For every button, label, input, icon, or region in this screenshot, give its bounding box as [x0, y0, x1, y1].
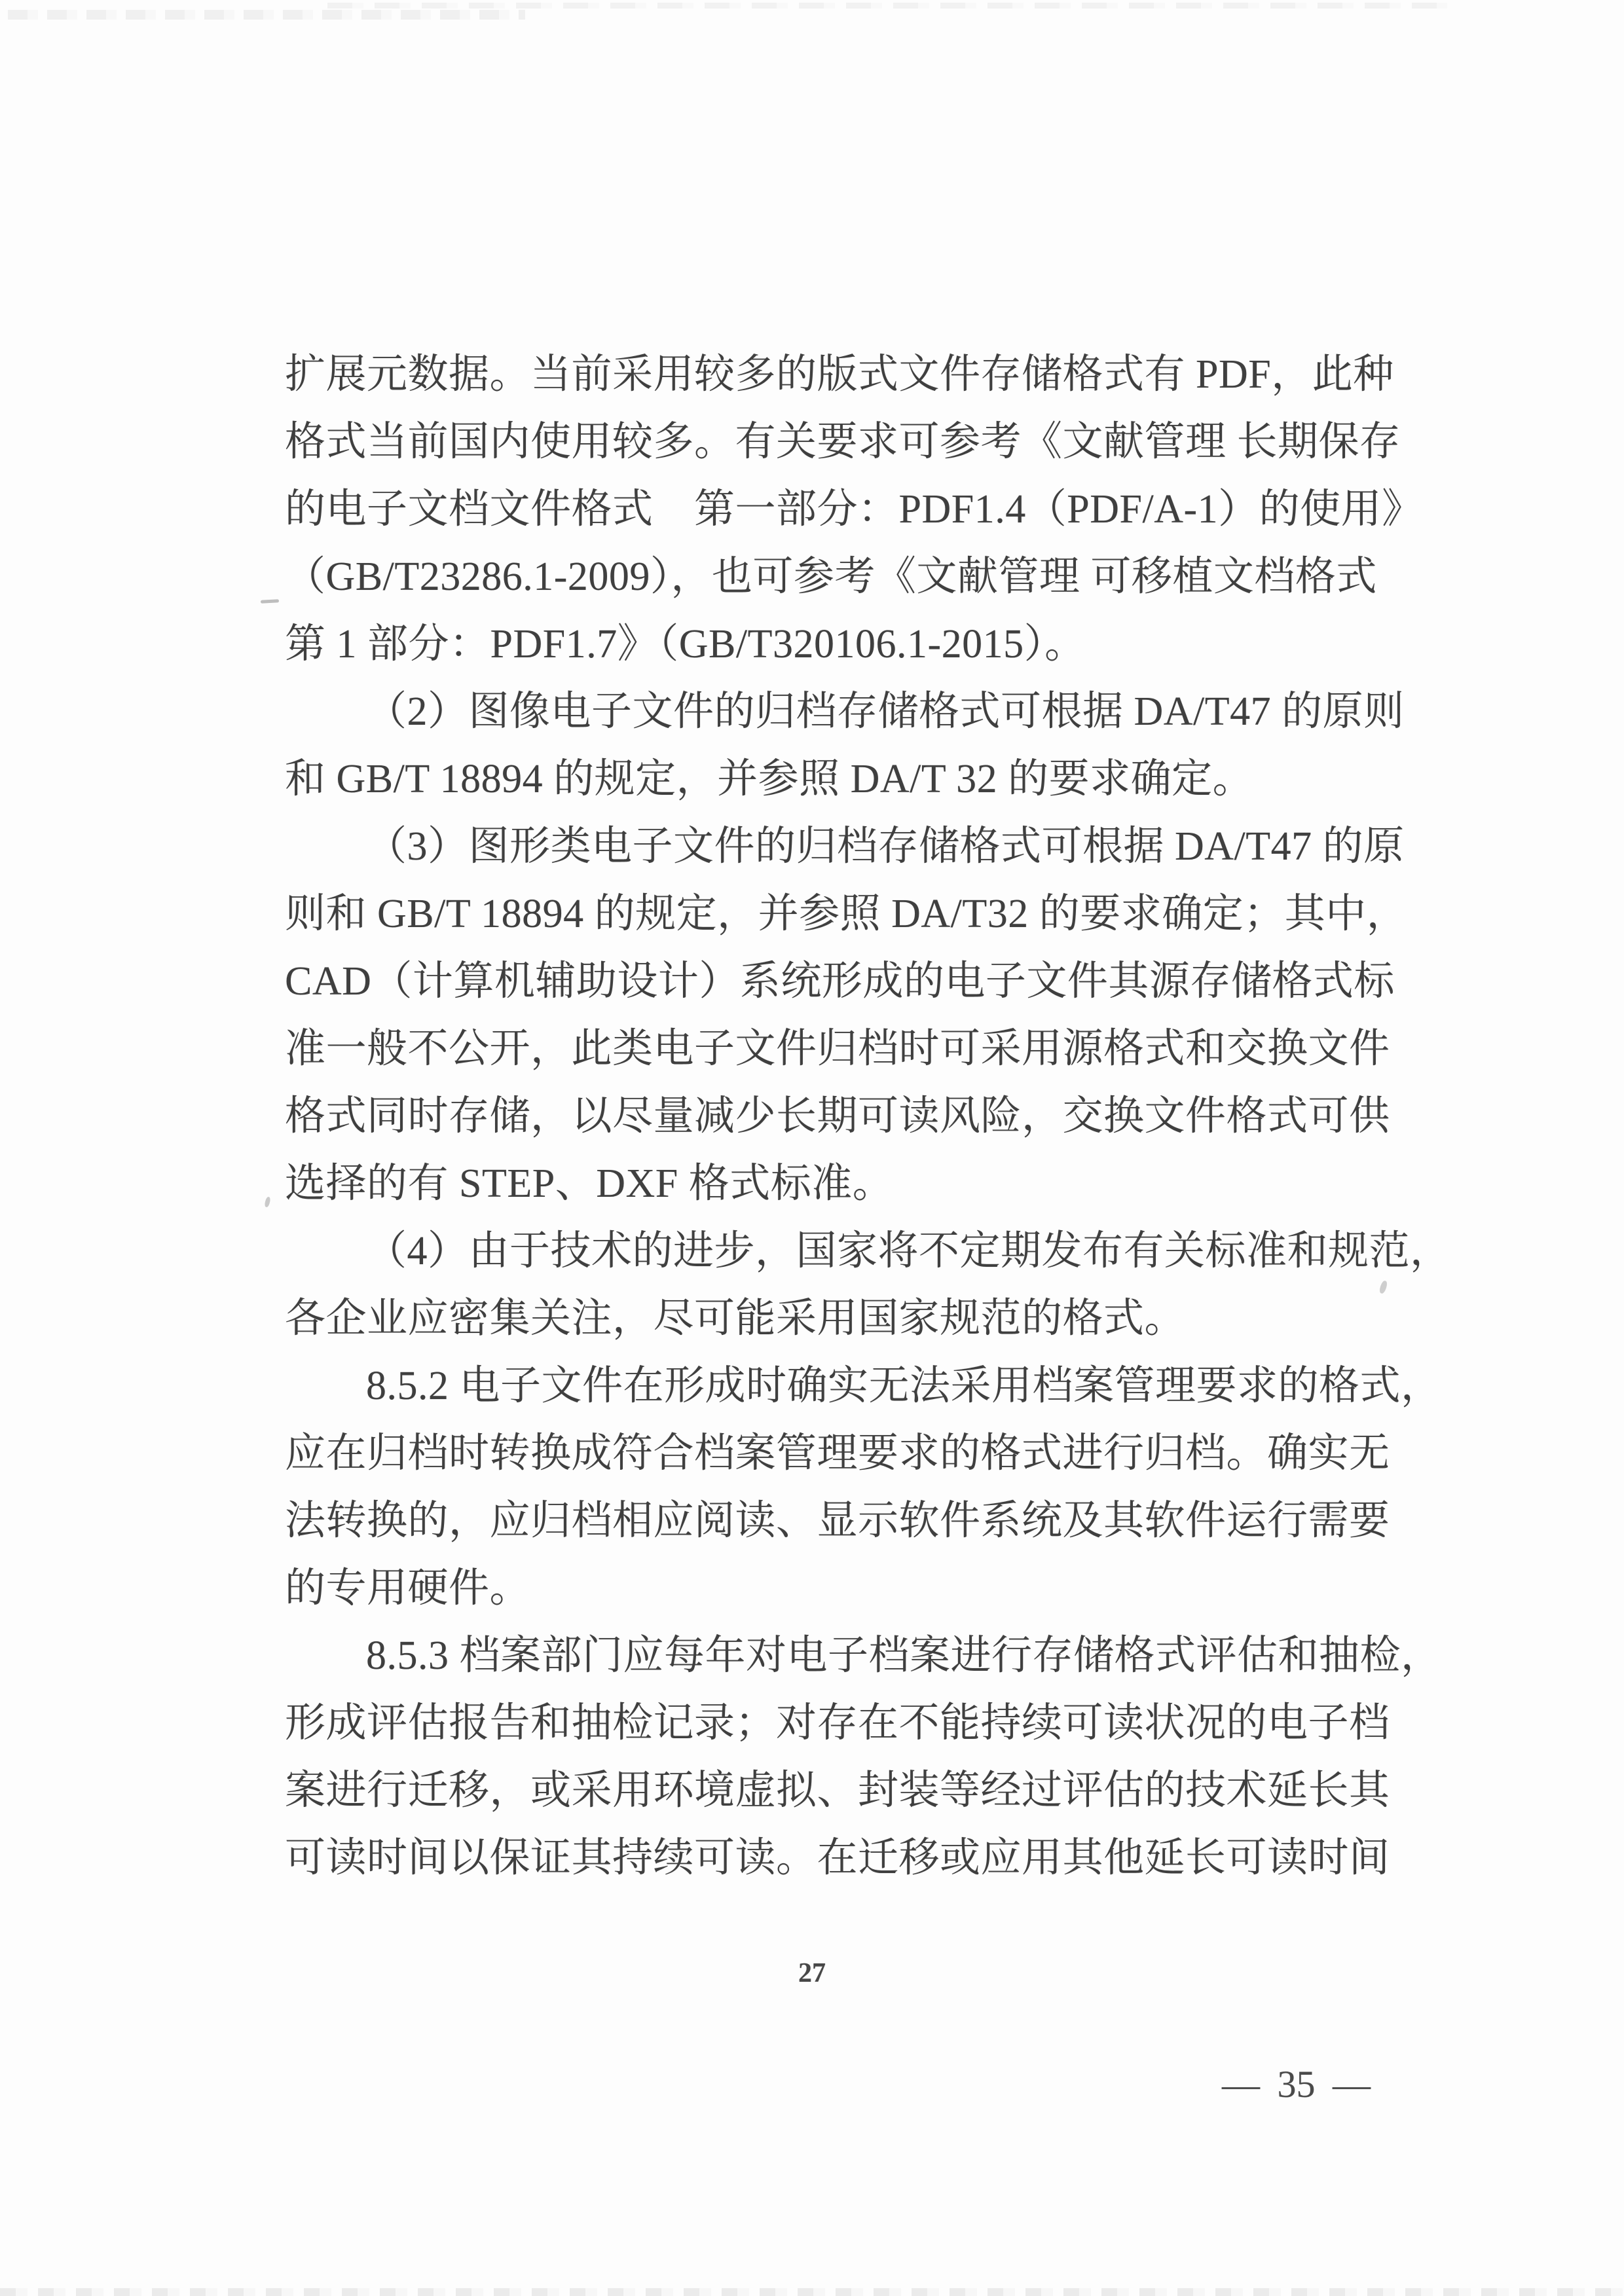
text-line: 第 1 部分：PDF1.7》（GB/T320106.1-2015）。: [285, 611, 1363, 678]
text-line: 则和 GB/T 18894 的规定，并参照 DA/T32 的要求确定；其中，: [285, 881, 1363, 948]
text-line: 扩展元数据。当前采用较多的版式文件存储格式有 PDF，此种: [285, 341, 1363, 409]
text-line: （4）由于技术的进步，国家将不定期发布有关标准和规范，: [285, 1218, 1363, 1285]
text-line: 可读时间以保证其持续可读。在迁移或应用其他延长可读时间: [285, 1825, 1363, 1892]
text-line: 准一般不公开，此类电子文件归档时可采用源格式和交换文件: [285, 1015, 1363, 1083]
scan-edge-smudge: [0, 2288, 1624, 2296]
scan-edge-smudge: [8, 10, 525, 20]
text-line: 格式当前国内使用较多。有关要求可参考《文献管理 长期保存: [285, 409, 1363, 476]
text-line: （GB/T23286.1-2009），也可参考《文献管理 可移植文档格式: [285, 543, 1363, 611]
text-line: 的专用硬件。: [285, 1555, 1363, 1622]
text-line: （2）图像电子文件的归档存储格式可根据 DA/T47 的原则: [285, 678, 1363, 746]
document-text-block: 扩展元数据。当前采用较多的版式文件存储格式有 PDF，此种 格式当前国内使用较多…: [285, 341, 1363, 1892]
text-line: CAD（计算机辅助设计）系统形成的电子文件其源存储格式标: [285, 948, 1363, 1015]
inner-page-number: 27: [0, 1958, 1624, 1989]
text-line: 法转换的，应归档相应阅读、显示软件系统及其软件运行需要: [285, 1487, 1363, 1555]
text-line: 选择的有 STEP、DXF 格式标准。: [285, 1150, 1363, 1218]
text-line: 案进行迁移，或采用环境虚拟、封装等经过评估的技术延长其: [285, 1757, 1363, 1825]
scan-speck: [264, 1196, 271, 1207]
text-line: 格式同时存储，以尽量减少长期可读风险，交换文件格式可供: [285, 1083, 1363, 1150]
scan-speck: [261, 599, 279, 603]
book-page-number: — 35 —: [1222, 2062, 1371, 2106]
text-line: （3）图形类电子文件的归档存储格式可根据 DA/T47 的原: [285, 813, 1363, 881]
text-line: 8.5.3 档案部门应每年对电子档案进行存储格式评估和抽检，: [285, 1622, 1363, 1690]
scanned-document-page: 扩展元数据。当前采用较多的版式文件存储格式有 PDF，此种 格式当前国内使用较多…: [0, 0, 1624, 2296]
text-line: 应在归档时转换成符合档案管理要求的格式进行归档。确实无: [285, 1420, 1363, 1487]
scan-edge-smudge: [327, 3, 1447, 9]
text-line: 8.5.2 电子文件在形成时确实无法采用档案管理要求的格式，: [285, 1353, 1363, 1420]
text-line: 各企业应密集关注，尽可能采用国家规范的格式。: [285, 1285, 1363, 1353]
text-line: 形成评估报告和抽检记录；对存在不能持续可读状况的电子档: [285, 1690, 1363, 1757]
text-line: 和 GB/T 18894 的规定，并参照 DA/T 32 的要求确定。: [285, 746, 1363, 813]
text-line: 的电子文档文件格式 第一部分：PDF1.4（PDF/A-1）的使用》: [285, 476, 1363, 543]
